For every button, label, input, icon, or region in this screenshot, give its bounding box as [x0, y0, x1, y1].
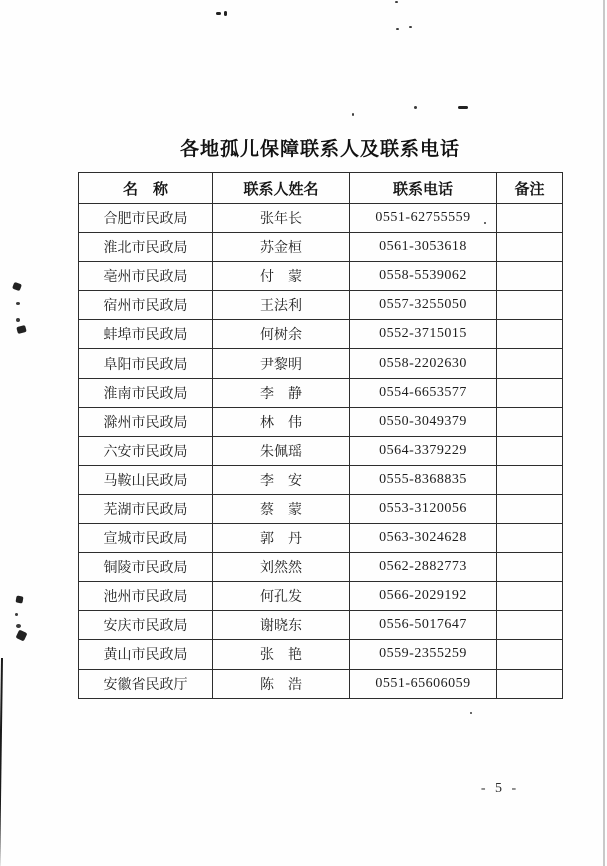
cell-phone: 0553-3120056	[350, 494, 497, 523]
cell-note	[497, 262, 563, 291]
table-row: 合肥市民政局张年长0551-62755559	[79, 204, 563, 233]
cell-name: 滁州市民政局	[79, 407, 213, 436]
cell-note	[497, 669, 563, 698]
table-row: 滁州市民政局林 伟0550-3049379	[79, 407, 563, 436]
cell-contact: 何树余	[213, 320, 350, 349]
scan-margin-mark	[12, 282, 22, 291]
scan-artifact	[470, 712, 472, 714]
cell-contact: 林 伟	[213, 407, 350, 436]
table-row: 亳州市民政局付 蒙0558-5539062	[79, 262, 563, 291]
cell-note	[497, 494, 563, 523]
cell-note	[497, 436, 563, 465]
cell-note	[497, 291, 563, 320]
scan-margin-mark	[16, 624, 21, 628]
cell-note	[497, 407, 563, 436]
scan-artifact	[484, 222, 486, 224]
scan-artifact	[395, 1, 398, 3]
cell-note	[497, 233, 563, 262]
cell-contact: 尹黎明	[213, 349, 350, 378]
footer-page-number: - 5 -	[470, 781, 530, 797]
cell-phone: 0554-6653577	[350, 378, 497, 407]
table-row: 六安市民政局朱佩瑶0564-3379229	[79, 436, 563, 465]
scan-artifact	[458, 106, 468, 109]
cell-note	[497, 611, 563, 640]
cell-name: 宣城市民政局	[79, 524, 213, 553]
cell-name: 铜陵市民政局	[79, 553, 213, 582]
cell-note	[497, 640, 563, 669]
cell-phone: 0551-62755559	[350, 204, 497, 233]
cell-phone: 0551-65606059	[350, 669, 497, 698]
column-header-name: 名 称	[79, 173, 213, 204]
cell-note	[497, 553, 563, 582]
cell-phone: 0550-3049379	[350, 407, 497, 436]
cell-phone: 0557-3255050	[350, 291, 497, 320]
table-row: 蚌埠市民政局何树余0552-3715015	[79, 320, 563, 349]
scan-artifact	[396, 28, 399, 30]
table-row: 安庆市民政局谢晓东0556-5017647	[79, 611, 563, 640]
cell-phone: 0562-2882773	[350, 553, 497, 582]
cell-phone: 0559-2355259	[350, 640, 497, 669]
table-row: 安徽省民政厅陈 浩0551-65606059	[79, 669, 563, 698]
table-row: 阜阳市民政局尹黎明0558-2202630	[79, 349, 563, 378]
cell-name: 黄山市民政局	[79, 640, 213, 669]
table-row: 宣城市民政局郭 丹0563-3024628	[79, 524, 563, 553]
cell-contact: 何孔发	[213, 582, 350, 611]
cell-name: 安徽省民政厅	[79, 669, 213, 698]
cell-contact: 蔡 蒙	[213, 494, 350, 523]
cell-contact: 苏金桓	[213, 233, 350, 262]
cell-note	[497, 204, 563, 233]
cell-contact: 朱佩瑶	[213, 436, 350, 465]
cell-contact: 陈 浩	[213, 669, 350, 698]
cell-note	[497, 524, 563, 553]
cell-contact: 郭 丹	[213, 524, 350, 553]
cell-name: 池州市民政局	[79, 582, 213, 611]
cell-phone: 0552-3715015	[350, 320, 497, 349]
scan-margin-mark	[16, 325, 27, 334]
table-row: 淮南市民政局李 静0554-6653577	[79, 378, 563, 407]
cell-name: 芜湖市民政局	[79, 494, 213, 523]
cell-name: 淮南市民政局	[79, 378, 213, 407]
cell-name: 蚌埠市民政局	[79, 320, 213, 349]
table-row: 池州市民政局何孔发0566-2029192	[79, 582, 563, 611]
scan-margin-mark	[16, 318, 20, 322]
cell-name: 阜阳市民政局	[79, 349, 213, 378]
cell-phone: 0566-2029192	[350, 582, 497, 611]
table-body: 合肥市民政局张年长0551-62755559淮北市民政局苏金桓0561-3053…	[79, 204, 563, 699]
cell-contact: 张年长	[213, 204, 350, 233]
document-title: 各地孤儿保障联系人及联系电话	[78, 134, 562, 161]
table-row: 宿州市民政局王法利0557-3255050	[79, 291, 563, 320]
scan-left-edge-line	[0, 658, 3, 866]
column-header-contact: 联系人姓名	[213, 173, 350, 204]
column-header-phone: 联系电话	[350, 173, 497, 204]
cell-phone: 0556-5017647	[350, 611, 497, 640]
cell-phone: 0561-3053618	[350, 233, 497, 262]
cell-note	[497, 349, 563, 378]
cell-name: 安庆市民政局	[79, 611, 213, 640]
table-row: 黄山市民政局张 艳0559-2355259	[79, 640, 563, 669]
cell-phone: 0564-3379229	[350, 436, 497, 465]
cell-name: 宿州市民政局	[79, 291, 213, 320]
cell-contact: 王法利	[213, 291, 350, 320]
table-row: 铜陵市民政局刘然然0562-2882773	[79, 553, 563, 582]
scan-margin-mark	[15, 613, 18, 616]
cell-note	[497, 320, 563, 349]
scan-artifact	[224, 11, 227, 16]
scanned-document-page: 各地孤儿保障联系人及联系电话 名 称 联系人姓名 联系电话 备注 合肥市民政局张…	[0, 0, 607, 866]
scan-artifact	[352, 113, 354, 116]
contact-table: 名 称 联系人姓名 联系电话 备注 合肥市民政局张年长0551-62755559…	[78, 172, 563, 699]
scan-margin-mark	[15, 595, 23, 603]
cell-phone: 0558-2202630	[350, 349, 497, 378]
table-header-row: 名 称 联系人姓名 联系电话 备注	[79, 173, 563, 204]
scan-artifact	[409, 26, 412, 28]
cell-contact: 张 艳	[213, 640, 350, 669]
cell-contact: 谢晓东	[213, 611, 350, 640]
scan-artifact	[216, 12, 221, 15]
cell-name: 合肥市民政局	[79, 204, 213, 233]
scan-artifact	[414, 106, 417, 109]
cell-phone: 0563-3024628	[350, 524, 497, 553]
cell-name: 六安市民政局	[79, 436, 213, 465]
table-row: 马鞍山民政局李 安0555-8368835	[79, 465, 563, 494]
cell-contact: 付 蒙	[213, 262, 350, 291]
cell-note	[497, 582, 563, 611]
cell-contact: 李 静	[213, 378, 350, 407]
table-row: 淮北市民政局苏金桓0561-3053618	[79, 233, 563, 262]
table-row: 芜湖市民政局蔡 蒙0553-3120056	[79, 494, 563, 523]
scan-margin-mark	[16, 630, 28, 642]
cell-contact: 刘然然	[213, 553, 350, 582]
scan-right-edge-line	[603, 0, 605, 866]
column-header-note: 备注	[497, 173, 563, 204]
scan-margin-mark	[16, 302, 20, 305]
cell-phone: 0555-8368835	[350, 465, 497, 494]
cell-name: 淮北市民政局	[79, 233, 213, 262]
cell-note	[497, 465, 563, 494]
cell-contact: 李 安	[213, 465, 350, 494]
cell-phone: 0558-5539062	[350, 262, 497, 291]
cell-name: 亳州市民政局	[79, 262, 213, 291]
cell-name: 马鞍山民政局	[79, 465, 213, 494]
cell-note	[497, 378, 563, 407]
